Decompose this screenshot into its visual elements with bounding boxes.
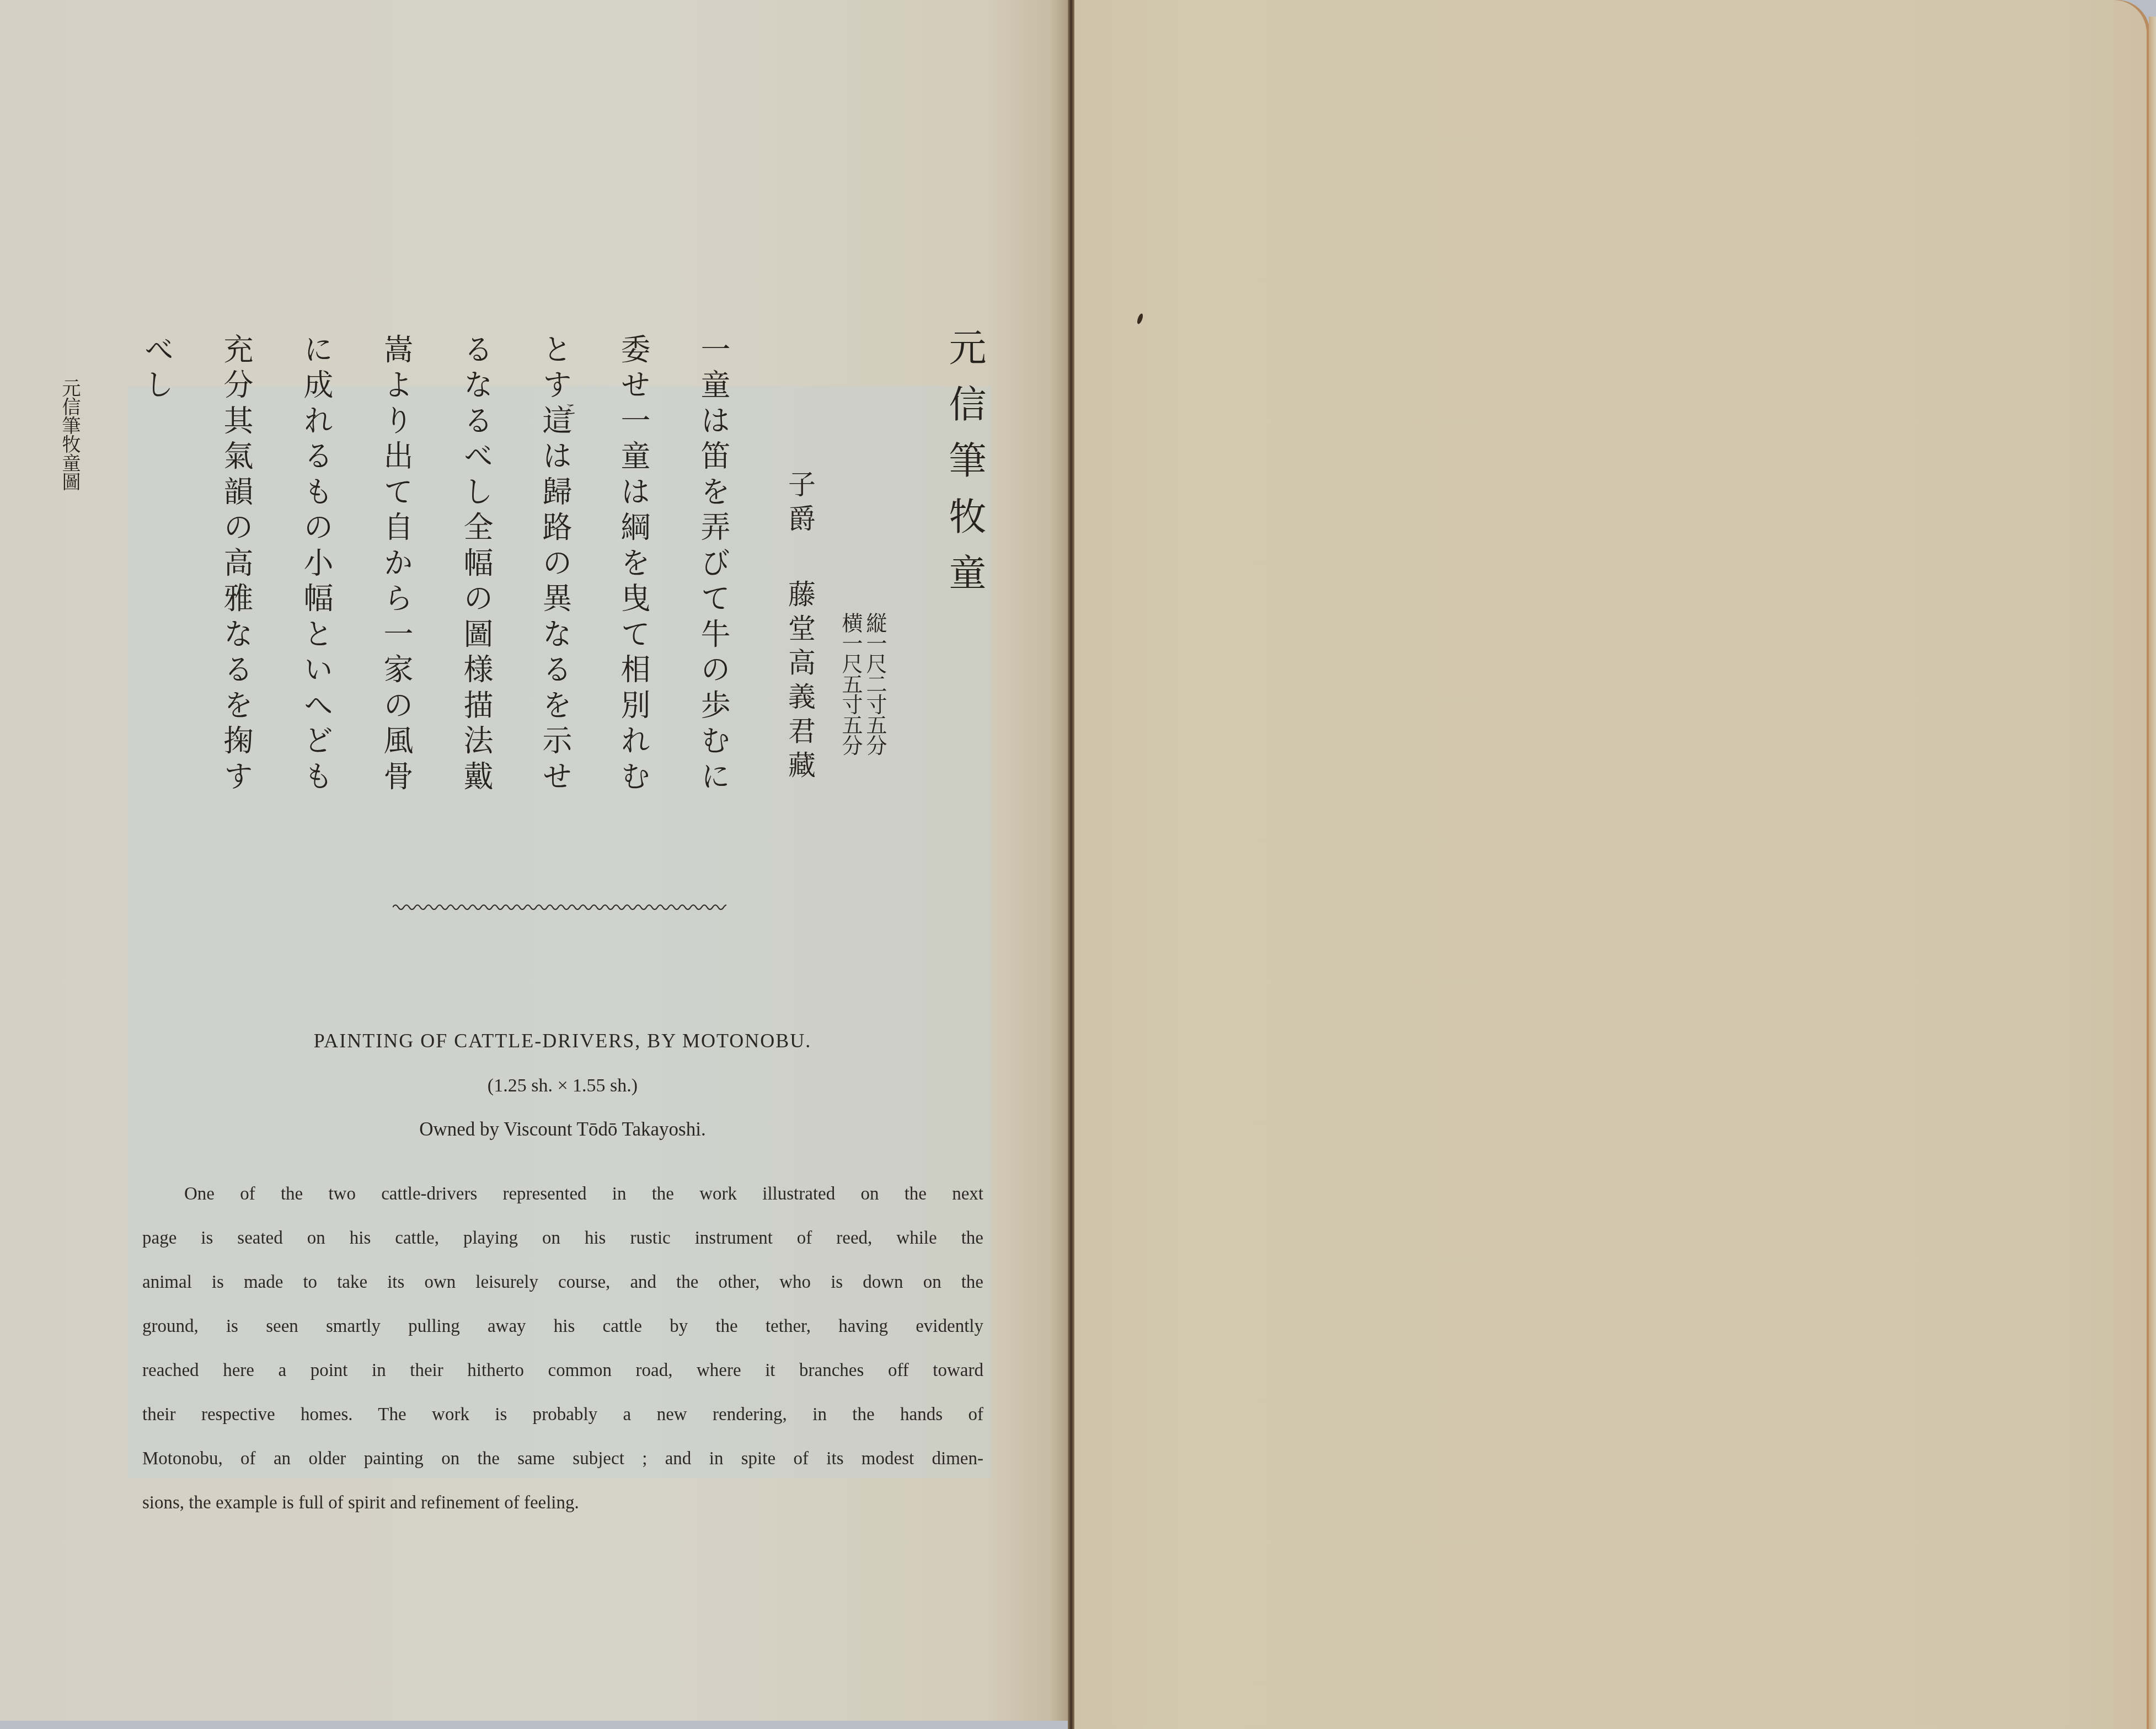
japanese-owner: 子爵藤堂高義君藏 [780, 470, 820, 785]
paragraph-line: reached here a point in their hitherto c… [142, 1348, 983, 1393]
japanese-body-column: べし [136, 334, 178, 405]
english-dimensions: (1.25 sh. × 1.55 sh.) [165, 1075, 960, 1096]
japanese-body-column: 嵩より出て自から一家の風骨 [375, 334, 418, 796]
dimension-width: 横一尺五寸五分 [838, 612, 863, 755]
furigana-ruby: こ [564, 398, 577, 417]
paragraph-line: animal is made to take its own leisurely… [142, 1260, 983, 1304]
paragraph-line: sions, the example is full of spirit and… [142, 1481, 983, 1525]
japanese-body-column: 一童は笛を弄びて牛の歩むに [692, 334, 735, 796]
wavy-divider [393, 899, 726, 916]
book-gutter [1068, 0, 1074, 1729]
right-page-blank [1074, 0, 2150, 1729]
owner-name: 藤堂高義君藏 [784, 580, 816, 785]
owner-rank: 子爵 [784, 470, 816, 538]
paragraph-line: One of the two cattle-drivers represente… [142, 1172, 983, 1216]
japanese-title: 元信筆牧童 [938, 328, 991, 609]
japanese-body-column: 充分其氣韻の高雅なるを掬す [215, 334, 258, 796]
japanese-body-column: るなるべし全幅の圖様描法戴 [455, 334, 497, 796]
japanese-body-column: 委せ一童は綱を曳て相別れむ [612, 334, 655, 796]
paragraph-line: ground, is seen smartly pulling away his… [142, 1304, 983, 1348]
left-page: 元信筆牧童圖 元信筆牧童 縦一尺二寸五分 横一尺五寸五分 子爵藤堂高義君藏 一童… [0, 0, 1072, 1721]
english-owner: Owned by Viscount Tōdō Takayoshi. [165, 1118, 960, 1141]
book-spread: 元信筆牧童圖 元信筆牧童 縦一尺二寸五分 横一尺五寸五分 子爵藤堂高義君藏 一童… [0, 0, 2156, 1729]
paragraph-line: Motonobu, of an older painting on the sa… [142, 1437, 983, 1481]
fore-edge [2149, 17, 2156, 1729]
dimension-height: 縦一尺二寸五分 [863, 612, 887, 755]
paragraph-line: page is seated on his cattle, playing on… [142, 1216, 983, 1260]
japanese-dimensions: 縦一尺二寸五分 横一尺五寸五分 [838, 612, 887, 755]
paragraph-line: their respective homes. The work is prob… [142, 1393, 983, 1437]
english-title: PAINTING OF CATTLE-DRIVERS, BY MOTONOBU. [165, 1029, 960, 1052]
english-description: One of the two cattle-drivers represente… [142, 1172, 983, 1525]
running-head: 元信筆牧童圖 [56, 378, 83, 491]
japanese-body-column: に成れるもの小幅といへども [295, 334, 338, 796]
